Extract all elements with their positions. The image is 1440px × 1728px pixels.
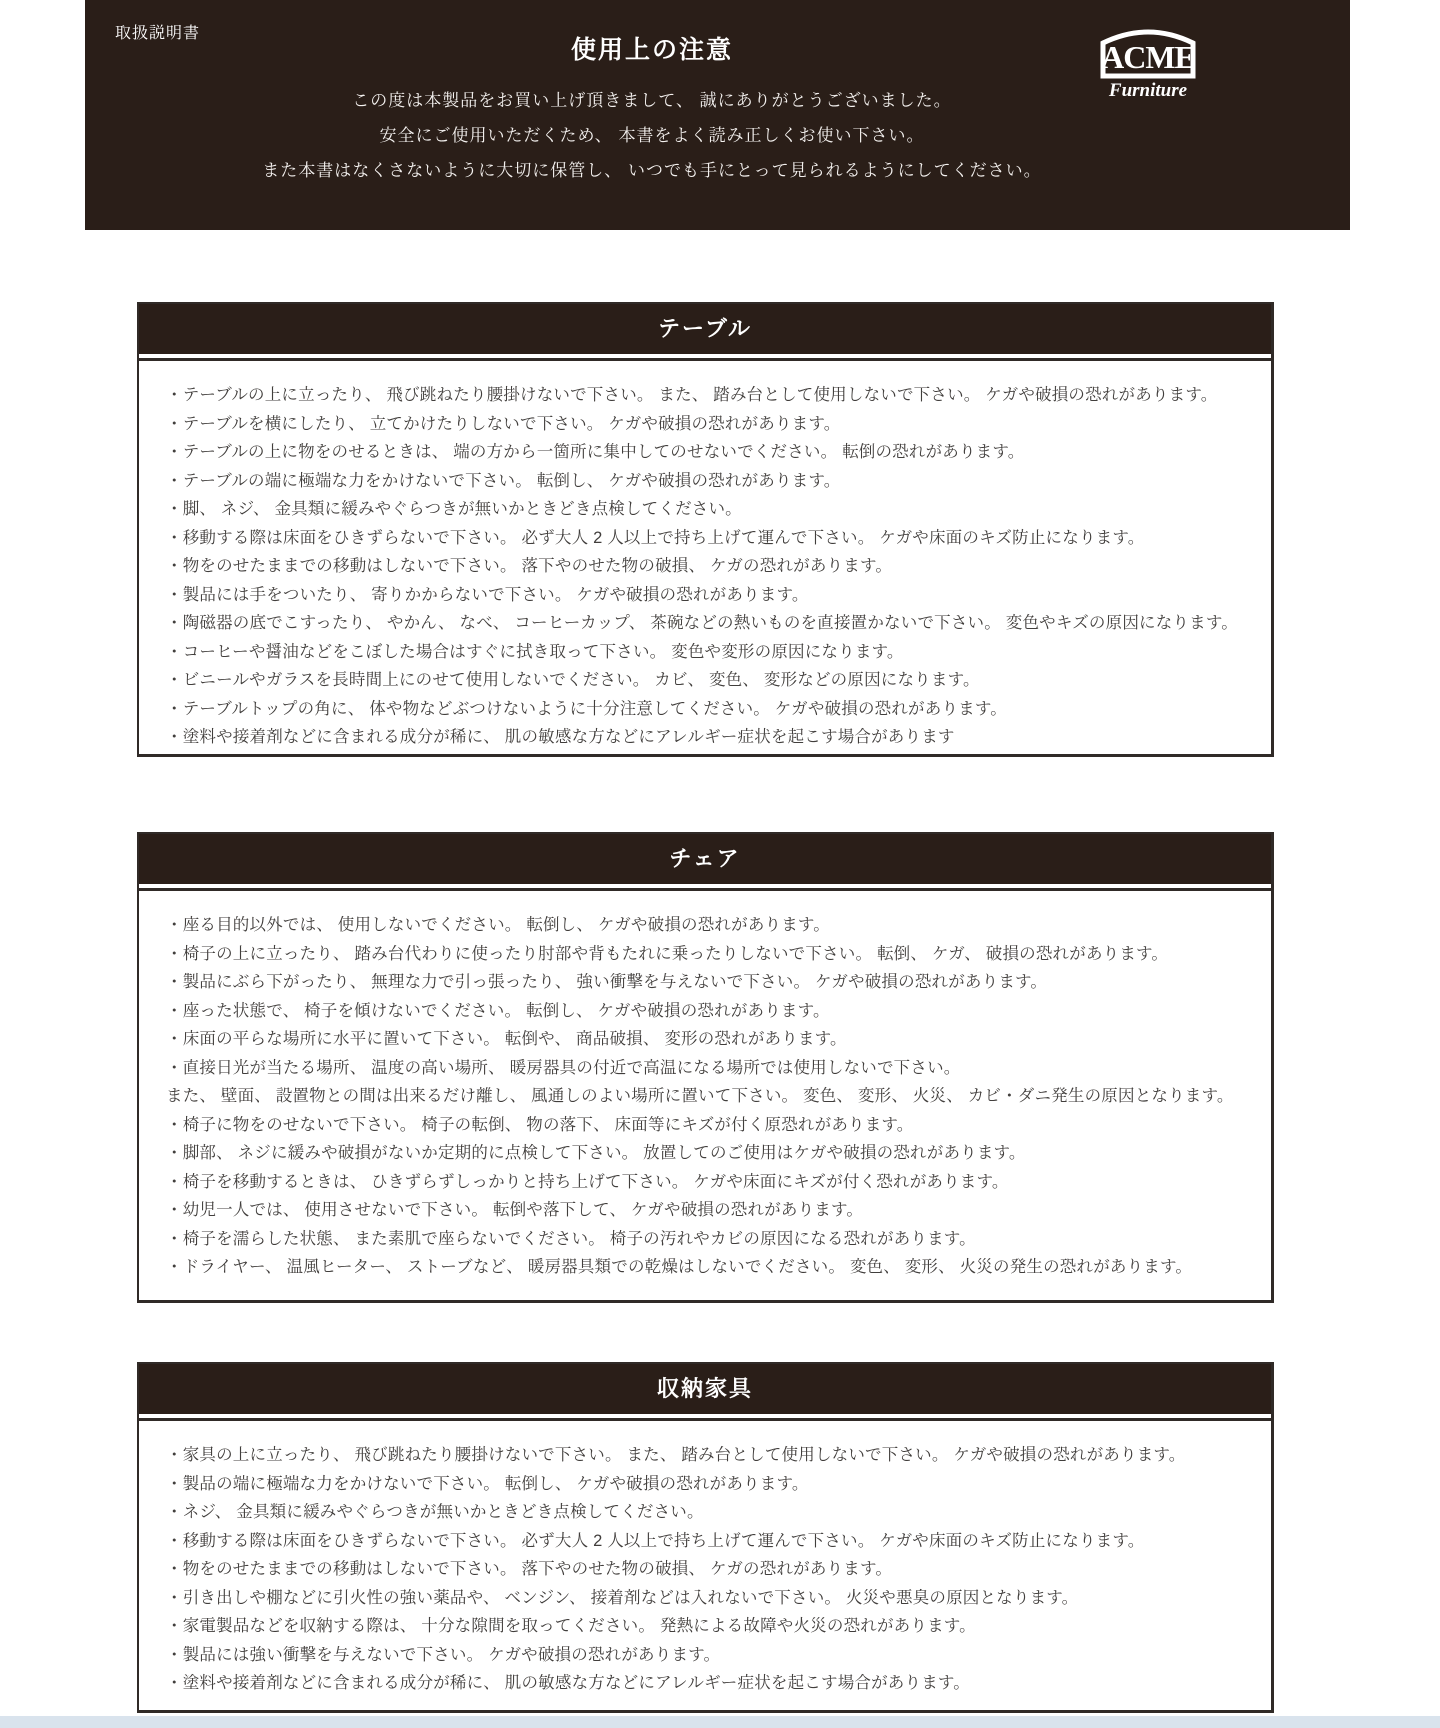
section-table: テーブル ・テーブルの上に立ったり、 飛び跳ねたり腰掛けないで下さい。 また、 … bbox=[137, 302, 1274, 757]
precaution-item: ・ネジ、 金具類に緩みやぐらつきが無いかときどき点検してください。 bbox=[166, 1498, 1247, 1527]
precaution-item: ・塗料や接着剤などに含まれる成分が稀に、 肌の敏感な方などにアレルギー症状を起こ… bbox=[166, 1669, 1247, 1698]
precaution-item: ・コーヒーや醤油などをこぼした場合はすぐに拭き取って下さい。 変色や変形の原因に… bbox=[166, 638, 1247, 667]
precaution-item: ・座る目的以外では、 使用しないでください。 転倒し、 ケガや破損の恐れがありま… bbox=[166, 911, 1247, 940]
precaution-item: ・陶磁器の底でこすったり、 やかん、 なべ、 コーヒーカップ、 茶碗などの熱いも… bbox=[166, 609, 1247, 638]
precaution-item: ・移動する際は床面をひきずらないで下さい。 必ず大人 2 人以上で持ち上げて運ん… bbox=[166, 524, 1247, 553]
precaution-item: ・テーブルの上に立ったり、 飛び跳ねたり腰掛けないで下さい。 また、 踏み台とし… bbox=[166, 381, 1247, 410]
section-title-chair: チェア bbox=[139, 834, 1271, 884]
precaution-item: ・ドライヤー、 温風ヒーター、 ストーブなど、 暖房器具類での乾燥はしないでくだ… bbox=[166, 1253, 1247, 1282]
section-chair: チェア ・座る目的以外では、 使用しないでください。 転倒し、 ケガや破損の恐れ… bbox=[137, 832, 1274, 1303]
precaution-item: ・家電製品などを収納する際は、 十分な隙間を取ってください。 発熱による故障や火… bbox=[166, 1612, 1247, 1641]
section-storage: 収納家具 ・家具の上に立ったり、 飛び跳ねたり腰掛けないで下さい。 また、 踏み… bbox=[137, 1362, 1274, 1713]
precaution-item: ・床面の平らな場所に水平に置いて下さい。 転倒や、 商品破損、 変形の恐れがあり… bbox=[166, 1025, 1247, 1054]
intro-line: この度は本製品をお買い上げ頂きまして、 誠にありがとうございました。 bbox=[85, 92, 1219, 110]
precaution-item: ・テーブルの上に物をのせるときは、 端の方から一箇所に集中してのせないでください… bbox=[166, 438, 1247, 467]
header-center: 使用上の注意 この度は本製品をお買い上げ頂きまして、 誠にありがとうございました… bbox=[85, 0, 1219, 230]
precaution-item: ・椅子を濡らした状態、 また素肌で座らないでください。 椅子の汚れやカビの原因に… bbox=[166, 1225, 1247, 1254]
precaution-list: ・テーブルの上に立ったり、 飛び跳ねたり腰掛けないで下さい。 また、 踏み台とし… bbox=[139, 361, 1271, 752]
precaution-item: ・物をのせたままでの移動はしないで下さい。 落下やのせた物の破損、 ケガの恐れが… bbox=[166, 1555, 1247, 1584]
precaution-item: ・脚、 ネジ、 金具類に緩みやぐらつきが無いかときどき点検してください。 bbox=[166, 495, 1247, 524]
section-title-table: テーブル bbox=[139, 304, 1271, 354]
precaution-item: ・家具の上に立ったり、 飛び跳ねたり腰掛けないで下さい。 また、 踏み台として使… bbox=[166, 1441, 1247, 1470]
precaution-item: ・製品には手をついたり、 寄りかからないで下さい。 ケガや破損の恐れがあります。 bbox=[166, 581, 1247, 610]
precaution-item: ・椅子の上に立ったり、 踏み台代わりに使ったり肘部や背もたれに乗ったりしないで下… bbox=[166, 940, 1247, 969]
page-title: 使用上の注意 bbox=[85, 0, 1219, 66]
bottom-edge-strip bbox=[0, 1716, 1440, 1728]
header-banner: 取扱説明書 使用上の注意 この度は本製品をお買い上げ頂きまして、 誠にありがとう… bbox=[85, 0, 1350, 230]
acme-logo-graphic: ACME Furniture bbox=[1098, 18, 1198, 102]
precaution-item: ・幼児一人では、 使用させないで下さい。 転倒や落下して、 ケガや破損の恐れがあ… bbox=[166, 1196, 1247, 1225]
precaution-item: ・製品の端に極端な力をかけないで下さい。 転倒し、 ケガや破損の恐れがあります。 bbox=[166, 1470, 1247, 1499]
precaution-list: ・家具の上に立ったり、 飛び跳ねたり腰掛けないで下さい。 また、 踏み台として使… bbox=[139, 1421, 1271, 1698]
logo-brand-text: ACME bbox=[1101, 39, 1195, 75]
section-title-storage: 収納家具 bbox=[139, 1364, 1271, 1414]
precaution-item: ・テーブルトップの角に、 体や物などぶつけないように十分注意してください。 ケガ… bbox=[166, 695, 1247, 724]
logo-sub-text: Furniture bbox=[1108, 80, 1188, 101]
precaution-item: ・引き出しや棚などに引火性の強い薬品や、 ベンジン、 接着剤などは入れないで下さ… bbox=[166, 1584, 1247, 1613]
precaution-item: ・テーブルを横にしたり、 立てかけたりしないで下さい。 ケガや破損の恐れがありま… bbox=[166, 410, 1247, 439]
precaution-item: ・椅子を移動するときは、 ひきずらずしっかりと持ち上げて下さい。 ケガや床面にキ… bbox=[166, 1168, 1247, 1197]
precaution-item: また、 壁面、 設置物との間は出来るだけ離し、 風通しのよい場所に置いて下さい。… bbox=[166, 1082, 1247, 1111]
precaution-item: ・座った状態で、 椅子を傾けないでください。 転倒し、 ケガや破損の恐れがありま… bbox=[166, 997, 1247, 1026]
precaution-list: ・座る目的以外では、 使用しないでください。 転倒し、 ケガや破損の恐れがありま… bbox=[139, 891, 1271, 1282]
precaution-item: ・物をのせたままでの移動はしないで下さい。 落下やのせた物の破損、 ケガの恐れが… bbox=[166, 552, 1247, 581]
precaution-item: ・製品にぶら下がったり、 無理な力で引っ張ったり、 強い衝撃を与えないで下さい。… bbox=[166, 968, 1247, 997]
precaution-item: ・直接日光が当たる場所、 温度の高い場所、 暖房器具の付近で高温になる場所では使… bbox=[166, 1054, 1247, 1083]
precaution-item: ・ビニールやガラスを長時間上にのせて使用しないでください。 カビ、 変色、 変形… bbox=[166, 666, 1247, 695]
intro-line: また本書はなくさないように大切に保管し、 いつでも手にとって見られるようにしてく… bbox=[85, 162, 1219, 180]
precaution-item: ・塗料や接着剤などに含まれる成分が稀に、 肌の敏感な方などにアレルギー症状を起こ… bbox=[166, 723, 1247, 752]
precaution-item: ・椅子に物をのせないで下さい。 椅子の転倒、 物の落下、 床面等にキズが付く原恐… bbox=[166, 1111, 1247, 1140]
intro-text: この度は本製品をお買い上げ頂きまして、 誠にありがとうございました。 安全にご使… bbox=[85, 66, 1219, 180]
intro-line: 安全にご使用いただくため、 本書をよく読み正しくお使い下さい。 bbox=[85, 127, 1219, 145]
precaution-item: ・脚部、 ネジに緩みや破損がないか定期的に点検して下さい。 放置してのご使用はケ… bbox=[166, 1139, 1247, 1168]
acme-furniture-logo: ACME Furniture bbox=[1098, 18, 1198, 102]
precaution-item: ・移動する際は床面をひきずらないで下さい。 必ず大人 2 人以上で持ち上げて運ん… bbox=[166, 1527, 1247, 1556]
precaution-item: ・製品には強い衝撃を与えないで下さい。 ケガや破損の恐れがあります。 bbox=[166, 1641, 1247, 1670]
precaution-item: ・テーブルの端に極端な力をかけないで下さい。 転倒し、 ケガや破損の恐れがありま… bbox=[166, 467, 1247, 496]
